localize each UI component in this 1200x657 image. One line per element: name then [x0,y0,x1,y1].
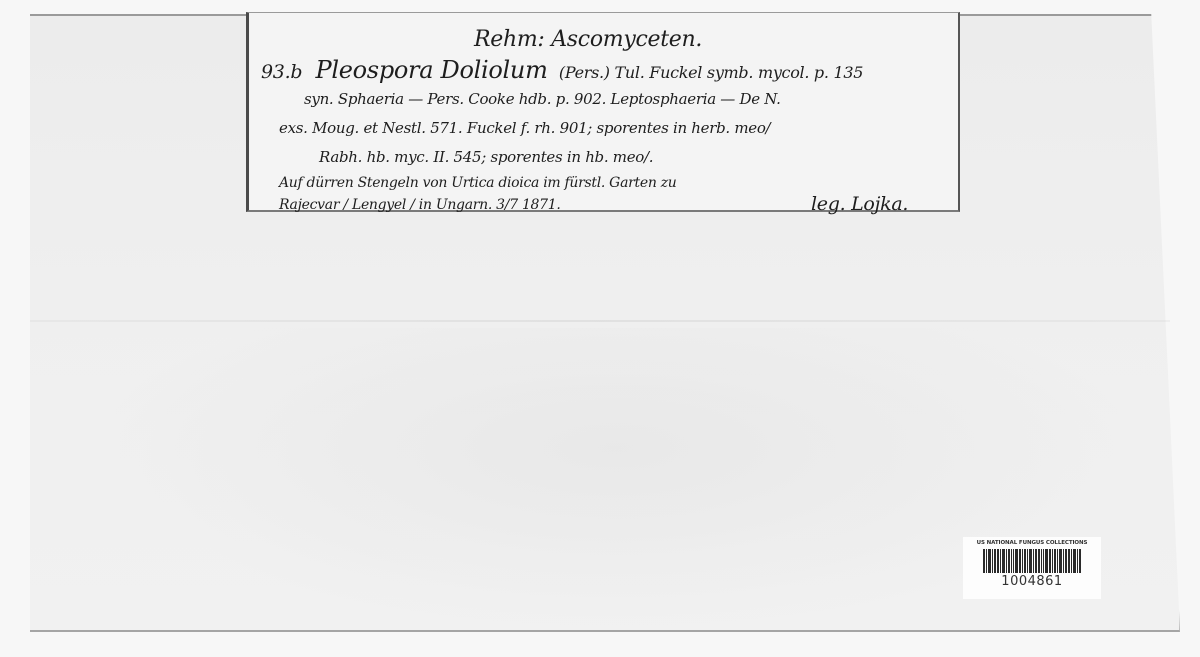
specimen-image: Rehm: Ascomyceten. 93.b Pleospora Doliol… [0,0,1200,657]
label-exsiccatae-2: Rabh. hb. myc. II. 545; sporentes in hb.… [319,150,653,165]
exsiccata-number: 93.b [261,61,302,83]
label-collector: leg. Lojka. [811,195,908,214]
barcode-label: US NATIONAL FUNGUS COLLECTIONS 1004861 [963,537,1101,599]
label-header: Rehm: Ascomyceten. [474,29,702,51]
label-synonymy: syn. Sphaeria — Pers. Cooke hdb. p. 902.… [304,92,781,107]
barcode-icon [974,549,1090,573]
label-locality-1: Auf dürren Stengeln von Urtica dioica im… [279,176,676,190]
barcode-number: 1004861 [969,574,1095,589]
label-title-line: 93.b Pleospora Doliolum (Pers.) Tul. Fuc… [261,58,863,82]
packet-fold-line [30,320,1170,322]
taxon-authors: (Pers.) Tul. Fuckel symb. mycol. p. 135 [559,63,863,82]
specimen-label: Rehm: Ascomyceten. 93.b Pleospora Doliol… [246,12,960,212]
label-locality-2: Rajecvar / Lengyel / in Ungarn. 3/7 1871… [279,198,561,212]
label-exsiccatae-1: exs. Moug. et Nestl. 571. Fuckel f. rh. … [279,121,770,136]
barcode-institution: US NATIONAL FUNGUS COLLECTIONS [969,540,1095,546]
taxon-name: Pleospora Doliolum [316,56,548,84]
